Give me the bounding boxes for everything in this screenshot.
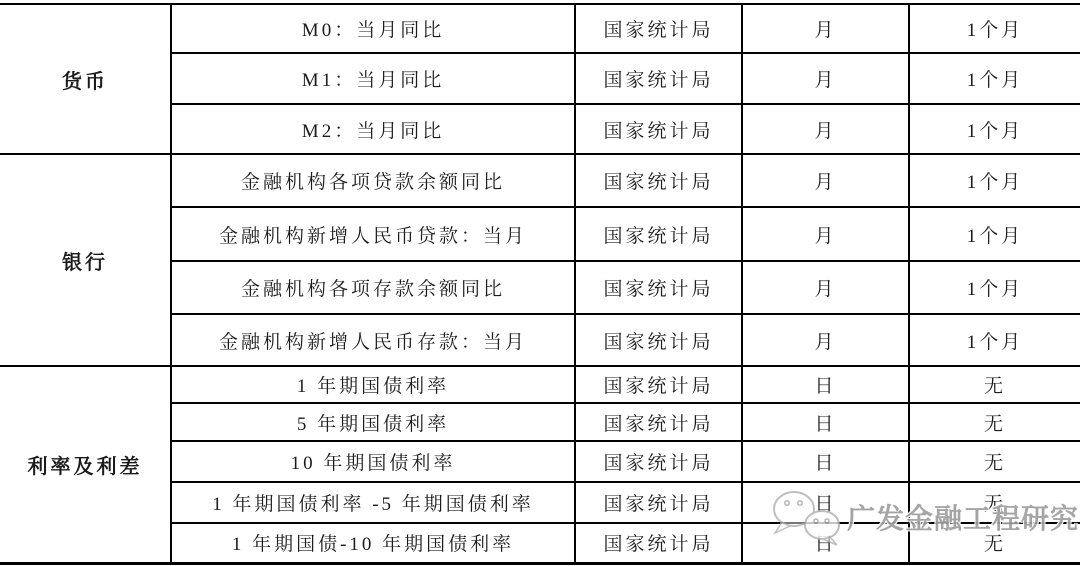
frequency-cell: 月 bbox=[742, 4, 909, 53]
frequency-cell: 月 bbox=[742, 104, 909, 154]
frequency-cell: 月 bbox=[742, 154, 909, 207]
indicator-cell: 1 年期国债-10 年期国债利率 bbox=[171, 523, 575, 563]
lag-cell: 1个月 bbox=[909, 154, 1080, 207]
frequency-cell: 月 bbox=[742, 261, 909, 314]
indicator-cell: 金融机构新增人民币存款：当月 bbox=[171, 314, 575, 366]
lag-cell: 无 bbox=[909, 441, 1080, 482]
lag-cell: 无 bbox=[909, 403, 1080, 441]
category-cell: 货币 bbox=[0, 4, 171, 154]
source-cell: 国家统计局 bbox=[575, 441, 742, 482]
frequency-cell: 日 bbox=[742, 523, 909, 563]
indicator-cell: 金融机构新增人民币贷款：当月 bbox=[171, 207, 575, 261]
category-cell: 银行 bbox=[0, 154, 171, 366]
indicator-cell: M0：当月同比 bbox=[171, 4, 575, 53]
source-cell: 国家统计局 bbox=[575, 482, 742, 523]
lag-cell: 无 bbox=[909, 523, 1080, 563]
source-cell: 国家统计局 bbox=[575, 207, 742, 261]
indicator-cell: 金融机构各项贷款余额同比 bbox=[171, 154, 575, 207]
lag-cell: 1个月 bbox=[909, 207, 1080, 261]
lag-cell: 无 bbox=[909, 482, 1080, 523]
source-cell: 国家统计局 bbox=[575, 403, 742, 441]
macro-indicator-table: 货币M0：当月同比国家统计局月1个月M1：当月同比国家统计局月1个月M2：当月同… bbox=[0, 3, 1080, 565]
frequency-cell: 日 bbox=[742, 441, 909, 482]
table-row: 银行金融机构各项贷款余额同比国家统计局月1个月 bbox=[0, 154, 1080, 207]
table-row: 货币M0：当月同比国家统计局月1个月 bbox=[0, 4, 1080, 53]
report-table-page: 货币M0：当月同比国家统计局月1个月M1：当月同比国家统计局月1个月M2：当月同… bbox=[0, 0, 1080, 566]
lag-cell: 1个月 bbox=[909, 4, 1080, 53]
source-cell: 国家统计局 bbox=[575, 314, 742, 366]
table-row: 利率及利差1 年期国债利率国家统计局日无 bbox=[0, 366, 1080, 403]
indicator-cell: 1 年期国债利率 bbox=[171, 366, 575, 403]
indicator-cell: 1 年期国债利率 -5 年期国债利率 bbox=[171, 482, 575, 523]
indicator-cell: 金融机构各项存款余额同比 bbox=[171, 261, 575, 314]
lag-cell: 无 bbox=[909, 366, 1080, 403]
source-cell: 国家统计局 bbox=[575, 523, 742, 563]
indicator-cell: 5 年期国债利率 bbox=[171, 403, 575, 441]
source-cell: 国家统计局 bbox=[575, 366, 742, 403]
frequency-cell: 月 bbox=[742, 207, 909, 261]
frequency-cell: 日 bbox=[742, 403, 909, 441]
source-cell: 国家统计局 bbox=[575, 261, 742, 314]
indicator-cell: M1：当月同比 bbox=[171, 53, 575, 104]
source-cell: 国家统计局 bbox=[575, 104, 742, 154]
lag-cell: 1个月 bbox=[909, 53, 1080, 104]
lag-cell: 1个月 bbox=[909, 261, 1080, 314]
lag-cell: 1个月 bbox=[909, 104, 1080, 154]
category-cell: 利率及利差 bbox=[0, 366, 171, 563]
frequency-cell: 月 bbox=[742, 53, 909, 104]
source-cell: 国家统计局 bbox=[575, 4, 742, 53]
lag-cell: 1个月 bbox=[909, 314, 1080, 366]
source-cell: 国家统计局 bbox=[575, 53, 742, 104]
frequency-cell: 月 bbox=[742, 314, 909, 366]
frequency-cell: 日 bbox=[742, 366, 909, 403]
source-cell: 国家统计局 bbox=[575, 154, 742, 207]
frequency-cell: 日 bbox=[742, 482, 909, 523]
indicator-cell: 10 年期国债利率 bbox=[171, 441, 575, 482]
indicator-cell: M2：当月同比 bbox=[171, 104, 575, 154]
